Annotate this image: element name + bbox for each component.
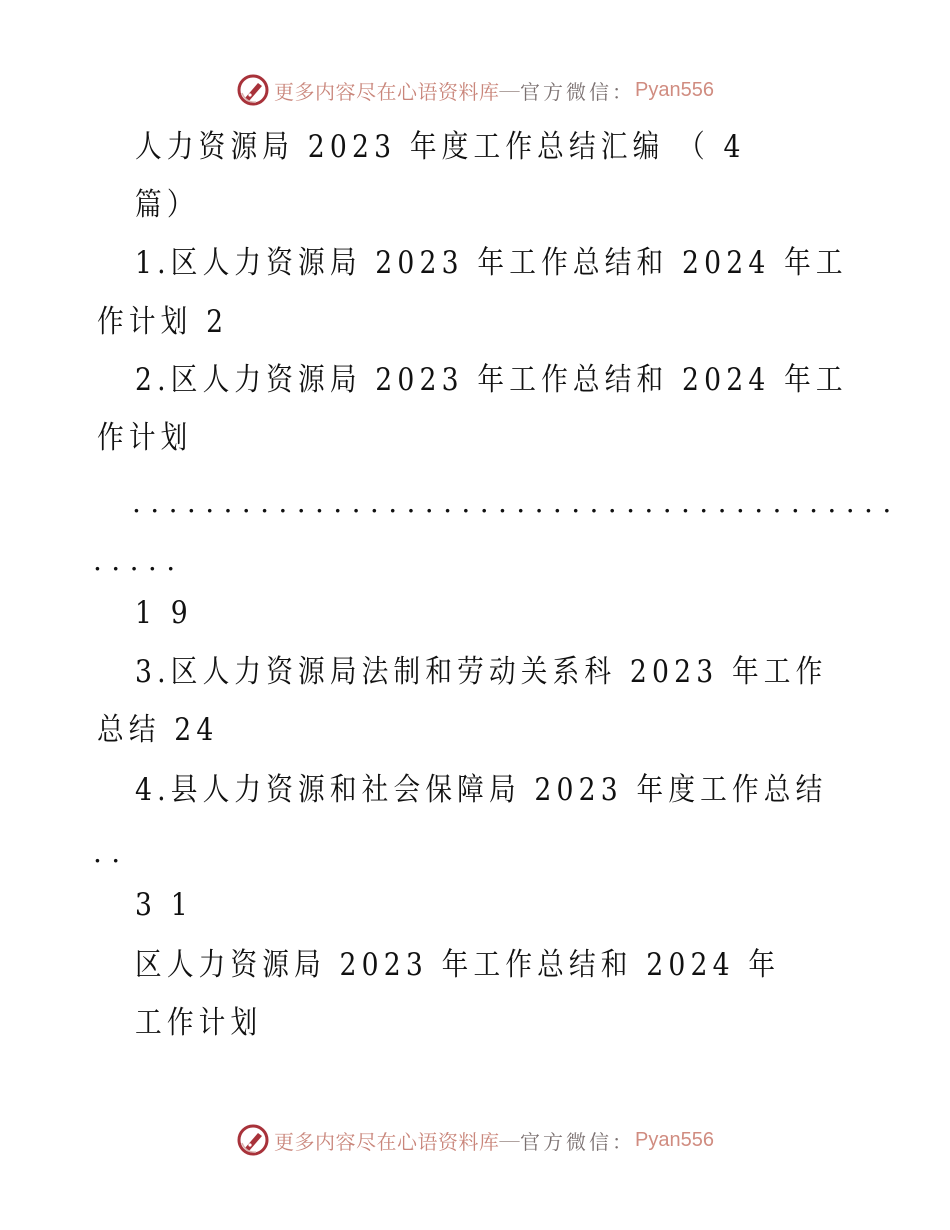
promo-text: 更多内容尽在心语资料库	[274, 1126, 500, 1155]
toc-entry-2-leader-dots-2: .....	[93, 546, 185, 576]
official-wechat-label: 官方微信：	[520, 1126, 635, 1155]
doc-title-line2: 篇）	[135, 185, 199, 225]
promo-text: 更多内容尽在心语资料库	[274, 76, 500, 105]
toc-entry-2-line1: 2.区人力资源局 2023 年工作总结和 2024 年工	[135, 360, 848, 400]
toc-entry-2-line2: 作计划	[97, 418, 192, 458]
section-heading-line1: 区人力资源局 2023 年工作总结和 2024 年	[135, 945, 780, 985]
doc-title-line1: 人力资源局 2023 年度工作总结汇编 （ 4	[135, 127, 746, 167]
pen-nib-logo-icon	[236, 73, 270, 107]
wechat-id: Pyan556	[635, 1129, 714, 1152]
wechat-id: Pyan556	[635, 79, 714, 102]
toc-entry-1-line1: 1.区人力资源局 2023 年工作总结和 2024 年工	[135, 243, 848, 283]
footer-watermark: 更多内容尽在心语资料库 — 官方微信： Pyan556	[0, 1120, 950, 1160]
dash-separator: —	[500, 1129, 521, 1152]
toc-entry-4-leader-dots: ..	[93, 838, 130, 868]
header-watermark: 更多内容尽在心语资料库 — 官方微信： Pyan556	[0, 70, 950, 110]
section-heading-line2: 工作计划	[135, 1003, 262, 1043]
dash-separator: —	[500, 79, 521, 102]
toc-entry-2-page: 1 9	[135, 593, 193, 633]
toc-entry-3-line2: 总结 24	[97, 710, 219, 750]
toc-entry-2-leader-dots-1: ........................................…	[132, 488, 901, 518]
pen-nib-logo-icon	[236, 1123, 270, 1157]
toc-entry-4-line1: 4.县人力资源和社会保障局 2023 年度工作总结	[135, 770, 827, 810]
official-wechat-label: 官方微信：	[520, 76, 635, 105]
toc-entry-3-line1: 3.区人力资源局法制和劳动关系科 2023 年工作	[135, 652, 827, 692]
toc-entry-1-line2: 作计划 2	[97, 302, 228, 342]
toc-entry-4-page: 3 1	[135, 885, 193, 925]
